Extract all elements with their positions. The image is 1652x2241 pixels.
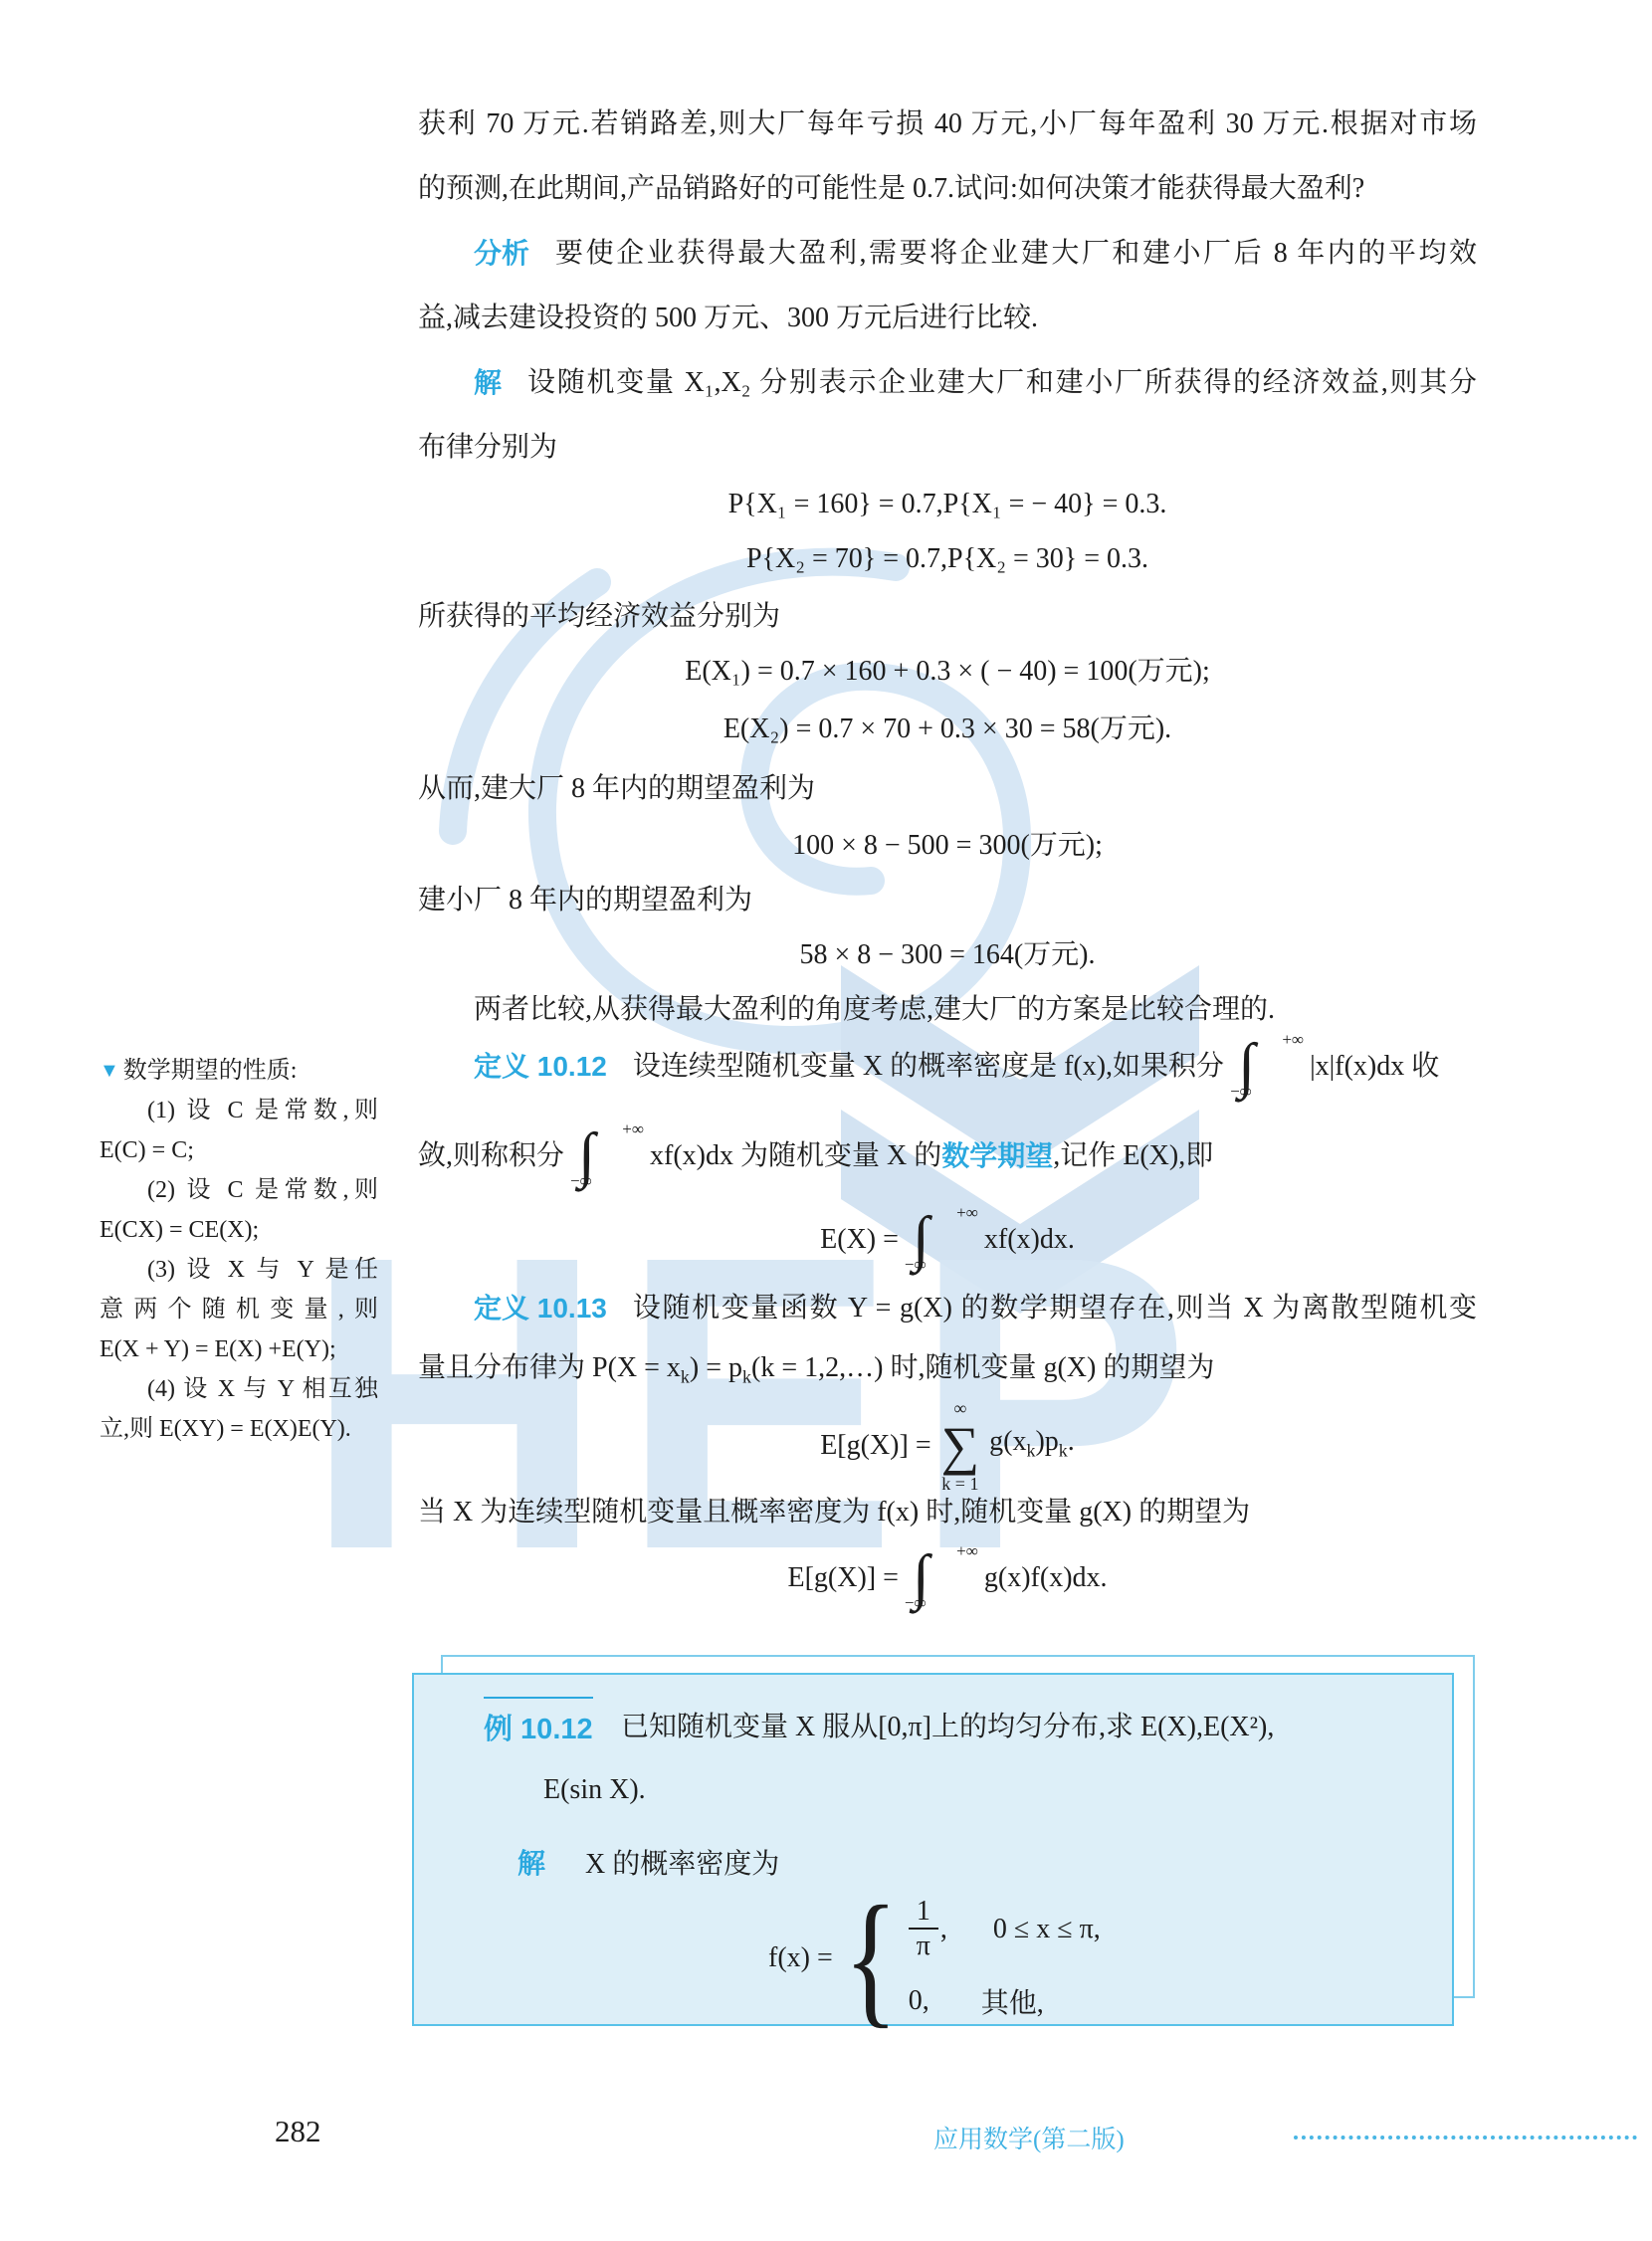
sigma-symbol: ∞ ∑ k = 1 xyxy=(941,1399,980,1493)
paragraph-line: 获利 70 万元.若销路差,则大厂每年亏损 40 万元,小厂每年盈利 30 万元… xyxy=(418,104,1477,144)
margin-note-title: 数学期望的性质: xyxy=(123,1051,298,1091)
continuous-expectation-formula: E[g(X)] = ∫ +∞ −∞ g(x)f(x)dx. xyxy=(418,1532,1477,1624)
margin-note-line: (3) 设 X 与 Y 是任 xyxy=(100,1250,378,1290)
solution-paragraph: 解 设随机变量 X₁,X₂ 分别表示企业建大厂和建小厂所获得的经济效益,则其分 xyxy=(418,363,1477,403)
example-statement-line2: E(sin X). xyxy=(543,1774,646,1806)
left-brace-symbol: { xyxy=(844,1884,898,2033)
margin-note-line: E(X + Y) = E(X) +E(Y); xyxy=(100,1329,378,1369)
paragraph-line: 所获得的平均经济效益分别为 xyxy=(418,597,1477,637)
margin-note-line: E(CX) = CE(X); xyxy=(100,1210,378,1250)
definition-text: 敛,则称积分 xyxy=(418,1136,564,1176)
definition-label: 定义 10.13 xyxy=(474,1289,607,1328)
formula-line: E(X₂) = 0.7 × 70 + 0.3 × 30 = 58(万元). xyxy=(418,710,1477,749)
paragraph-line: 的预测,在此期间,产品销路好的可能性是 0.7.试问:如何决策才能获得最大盈利? xyxy=(418,169,1477,209)
definition-text: ,记作 E(X),即 xyxy=(1053,1136,1213,1176)
analysis-text: 要使企业获得最大盈利,需要将企业建大厂和建小厂后 8 年内的平均效 xyxy=(555,234,1477,274)
margin-note-line: (1) 设 C 是常数,则 xyxy=(100,1091,378,1130)
definition-label: 定义 10.12 xyxy=(474,1047,607,1087)
textbook-page: HEP 获利 70 万元.若销路差,则大厂每年亏损 40 万元,小厂每年盈利 3… xyxy=(0,0,1652,2241)
margin-note-line: 立,则 E(XY) = E(X)E(Y). xyxy=(100,1409,378,1449)
example-statement-line1: 已知随机变量 X 服从[0,π]上的均匀分布,求 E(X),E(X²), xyxy=(621,1705,1274,1744)
margin-note: ▼ 数学期望的性质: (1) 设 C 是常数,则 E(C) = C; (2) 设… xyxy=(100,1051,378,1449)
margin-note-line: (4) 设 X 与 Y 相互独 xyxy=(100,1369,378,1409)
solution-label: 解 xyxy=(517,1842,545,1882)
margin-note-header: ▼ 数学期望的性质: xyxy=(100,1051,378,1091)
definition-10-13-line1: 定义 10.13 设随机变量函数 Y = g(X) 的数学期望存在,则当 X 为… xyxy=(418,1289,1477,1328)
definition-text: 设连续型随机变量 X 的概率密度是 f(x),如果积分 xyxy=(633,1047,1224,1087)
paragraph-line: 建小厂 8 年内的期望盈利为 xyxy=(418,881,1477,920)
definition-text: 设随机变量函数 Y = g(X) 的数学期望存在,则当 X 为离散型随机变 xyxy=(633,1289,1477,1328)
paragraph-line: 布律分别为 xyxy=(418,428,1477,468)
page-number: 282 xyxy=(275,2114,321,2149)
formula-line: P{X₁ = 160} = 0.7,P{X₁ = − 40} = 0.3. xyxy=(418,485,1477,524)
integral-symbol: ∫ +∞ −∞ xyxy=(568,1114,646,1199)
integral-symbol: ∫ +∞ −∞ xyxy=(1228,1024,1306,1110)
expectation-integral-formula: E(X) = ∫ +∞ −∞ xf(x)dx. xyxy=(418,1194,1477,1286)
solution-text: 设随机变量 X₁,X₂ 分别表示企业建大厂和建小厂所获得的经济效益,则其分 xyxy=(527,363,1477,403)
footer-book-title: 应用数学(第二版) xyxy=(933,2120,1125,2155)
formula-line: P{X₂ = 70} = 0.7,P{X₂ = 30} = 0.3. xyxy=(418,539,1477,579)
example-solution-line: 解 X 的概率密度为 xyxy=(517,1842,779,1882)
analysis-label: 分析 xyxy=(474,234,529,274)
definition-text: |x|f(x)dx 收 xyxy=(1310,1047,1439,1087)
definition-10-12-line2: 敛,则称积分 ∫ +∞ −∞ xf(x)dx 为随机变量 X 的 数学期望 ,记… xyxy=(418,1111,1477,1202)
solution-text: X 的概率密度为 xyxy=(585,1842,779,1882)
example-label: 例 10.12 xyxy=(484,1697,593,1747)
formula-line: 100 × 8 − 500 = 300(万元); xyxy=(418,826,1477,866)
solution-label: 解 xyxy=(474,363,502,403)
formula-lhs: f(x) = xyxy=(768,1942,833,1974)
term-highlight: 数学期望 xyxy=(941,1136,1053,1176)
piecewise-density-formula: f(x) = { 1 π , 0 ≤ x ≤ π, 0, 其他, xyxy=(768,1884,1101,2033)
paragraph-line: 从而,建大厂 8 年内的期望盈利为 xyxy=(418,769,1477,809)
definition-10-12-line1: 定义 10.12 设连续型随机变量 X 的概率密度是 f(x),如果积分 ∫ +… xyxy=(418,1021,1477,1113)
definition-10-13-line2: 量且分布律为 P(X = xk) = pk(k = 1,2,…) 时,随机变量 … xyxy=(418,1348,1477,1388)
margin-note-line: E(C) = C; xyxy=(100,1130,378,1170)
sum-expectation-formula: E[g(X)] = ∞ ∑ k = 1 g(xk)pk. xyxy=(418,1391,1477,1501)
integral-symbol: ∫ +∞ −∞ xyxy=(903,1535,980,1621)
analysis-paragraph: 分析 要使企业获得最大盈利,需要将企业建大厂和建小厂后 8 年内的平均效 xyxy=(418,234,1477,274)
formula-line: 58 × 8 − 300 = 164(万元). xyxy=(418,935,1477,975)
integral-symbol: ∫ +∞ −∞ xyxy=(903,1197,980,1283)
formula-line: E(X₁) = 0.7 × 160 + 0.3 × ( − 40) = 100(… xyxy=(418,652,1477,692)
footer-dotted-rule xyxy=(1294,2136,1637,2139)
definition-text: xf(x)dx 为随机变量 X 的 xyxy=(650,1136,941,1176)
paragraph-line: 当 X 为连续型随机变量且概率密度为 f(x) 时,随机变量 g(X) 的期望为 xyxy=(418,1493,1477,1532)
fraction: 1 π xyxy=(909,1896,938,1963)
piecewise-case: 1 π , 0 ≤ x ≤ π, xyxy=(909,1896,1101,1963)
example-box: 例 10.12 已知随机变量 X 服从[0,π]上的均匀分布,求 E(X),E(… xyxy=(412,1673,1454,2026)
margin-note-line: 意两个随机变量,则 xyxy=(100,1290,378,1329)
paragraph-line: 益,减去建设投资的 500 万元、300 万元后进行比较. xyxy=(418,299,1477,338)
margin-note-line: (2) 设 C 是常数,则 xyxy=(100,1170,378,1210)
piecewise-case: 0, 其他, xyxy=(909,1981,1101,2021)
triangle-marker-icon: ▼ xyxy=(100,1051,119,1091)
